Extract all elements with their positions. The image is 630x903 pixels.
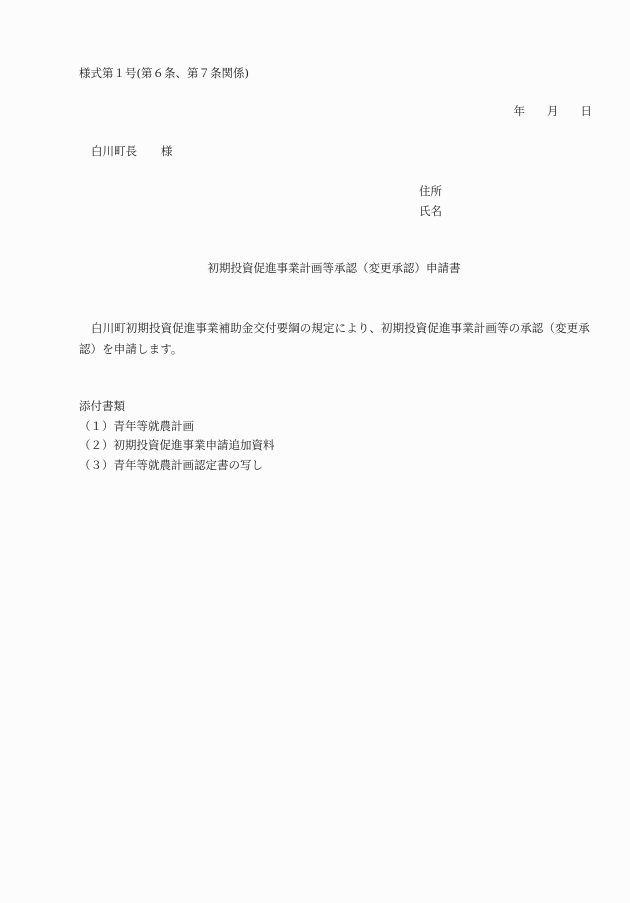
attachment-item: （２）初期投資促進事業申請追加資料 bbox=[79, 436, 275, 456]
form-number: 様式第１号(第６条、第７条関係) bbox=[79, 65, 249, 81]
addressee-honorific: 様 bbox=[161, 144, 173, 158]
date-year-label: 年 bbox=[514, 103, 526, 119]
attachment-item: （３）青年等就農計画認定書の写し bbox=[79, 456, 275, 476]
addressee: 白川町長様 bbox=[91, 143, 173, 159]
document-title: 初期投資促進事業計画等承認（変更承認）申請書 bbox=[0, 260, 630, 276]
address-label: 住所 bbox=[419, 181, 442, 201]
date-day-label: 日 bbox=[581, 103, 593, 119]
date-line: 年 月 日 bbox=[514, 103, 593, 119]
name-label: 氏名 bbox=[419, 201, 442, 221]
applicant-block: 住所 氏名 bbox=[419, 181, 442, 221]
body-paragraph: 白川町初期投資促進事業補助金交付要綱の規定により、初期投資促進事業計画等の承認（… bbox=[79, 318, 593, 360]
date-month-label: 月 bbox=[547, 103, 559, 119]
addressee-name: 白川町長 bbox=[91, 144, 137, 158]
attachments-section: 添付書類 （１）青年等就農計画 （２）初期投資促進事業申請追加資料 （３）青年等… bbox=[79, 397, 275, 475]
attachment-item: （１）青年等就農計画 bbox=[79, 417, 275, 437]
attachments-heading: 添付書類 bbox=[79, 397, 275, 417]
